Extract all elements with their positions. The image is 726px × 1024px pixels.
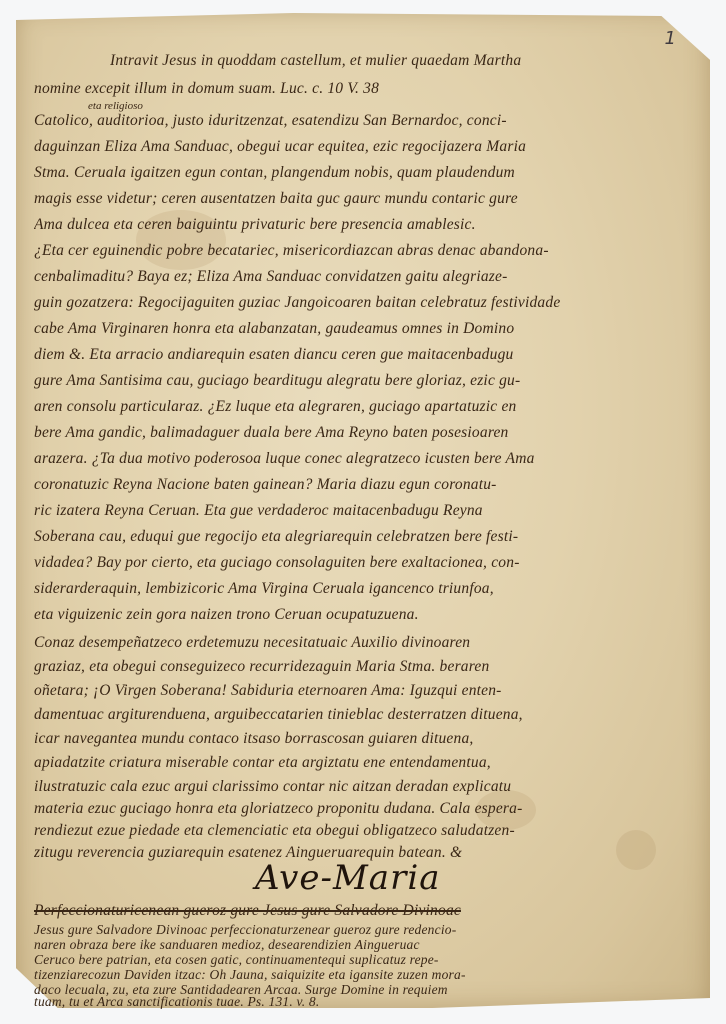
interlinear-insertion: eta religioso xyxy=(88,100,143,112)
text-line: vidadea? Bay por cierto, eta guciago con… xyxy=(34,554,674,572)
text-line: cabe Ama Virginaren honra eta alabanzata… xyxy=(34,320,674,338)
text-line: tuam, tu et Arca sanctificationis tuae. … xyxy=(34,994,674,1010)
text-line: graziaz, eta obegui conseguizeco recurri… xyxy=(34,658,674,676)
text-line: Stma. Ceruala igaitzen egun contan, plan… xyxy=(34,164,674,182)
folio-number: 1 xyxy=(665,28,676,49)
text-line: ilustratuzic cala ezuc argui clarissimo … xyxy=(34,778,674,796)
text-line: Soberana cau, eduqui gue regocijo eta al… xyxy=(34,528,674,546)
text-line: apiadatzite criatura miserable contar et… xyxy=(34,754,674,772)
text-line: arazera. ¿Ta dua motivo poderosoa luque … xyxy=(34,450,674,468)
text-line: materia ezuc guciago honra eta gloriatze… xyxy=(34,800,674,818)
text-line: Jesus gure Salvadore Divinoac perfeccion… xyxy=(34,922,674,938)
text-line: Conaz desempeñatzeco erdetemuzu necesita… xyxy=(34,634,674,652)
text-line: tizenziarecozun Daviden itzac: Oh Jauna,… xyxy=(34,967,674,983)
text-line: naren obraza bere ike sanduaren medioz, … xyxy=(34,937,674,953)
section-heading: Ave-Maria xyxy=(255,858,440,898)
struck-text-line: Perfeccionaturicenean gueroz gure Jesus … xyxy=(34,902,674,920)
text-line: damentuac argiturenduena, arguibeccatari… xyxy=(34,706,674,724)
text-line: Catolico, auditorioa, justo iduritzenzat… xyxy=(34,112,674,130)
text-line: cenbalimaditu? Baya ez; Eliza Ama Sandua… xyxy=(34,268,674,286)
text-line: icar navegantea mundu contaco itsaso bor… xyxy=(34,730,674,748)
text-line: gure Ama Santisima cau, guciago bearditu… xyxy=(34,372,674,390)
epigraph-line: Intravit Jesus in quoddam castellum, et … xyxy=(110,52,726,70)
text-line: aren consolu particularaz. ¿Ez luque eta… xyxy=(34,398,674,416)
text-line: Ceruco bere patrian, eta cosen gatic, co… xyxy=(34,952,674,968)
text-line: magis esse videtur; ceren ausentatzen ba… xyxy=(34,190,674,208)
text-line: daguinzan Eliza Ama Sanduac, obegui ucar… xyxy=(34,138,674,156)
text-line: rendiezut ezue piedade eta clemenciatic … xyxy=(34,822,674,840)
text-line: diem &. Eta arracio andiarequin esaten d… xyxy=(34,346,674,364)
text-line: ric izatera Reyna Ceruan. Eta gue verdad… xyxy=(34,502,674,520)
text-line: ¿Eta cer eguinendic pobre becatariec, mi… xyxy=(34,242,674,260)
text-line: oñetara; ¡O Virgen Soberana! Sabiduria e… xyxy=(34,682,674,700)
text-line: eta viguizenic zein gora naizen trono Ce… xyxy=(34,606,674,624)
text-line: siderarderaquin, lembizicoric Ama Virgin… xyxy=(34,580,674,598)
text-line: coronatuzic Reyna Nacione baten gainean?… xyxy=(34,476,674,494)
epigraph-line: nomine excepit illum in domum suam. Luc.… xyxy=(34,80,674,98)
text-line: guin gozatzera: Regocijaguiten guziac Ja… xyxy=(34,294,674,312)
text-line: Ama dulcea eta ceren baiguintu privaturi… xyxy=(34,216,674,234)
text-line: bere Ama gandic, balimadaguer duala bere… xyxy=(34,424,674,442)
